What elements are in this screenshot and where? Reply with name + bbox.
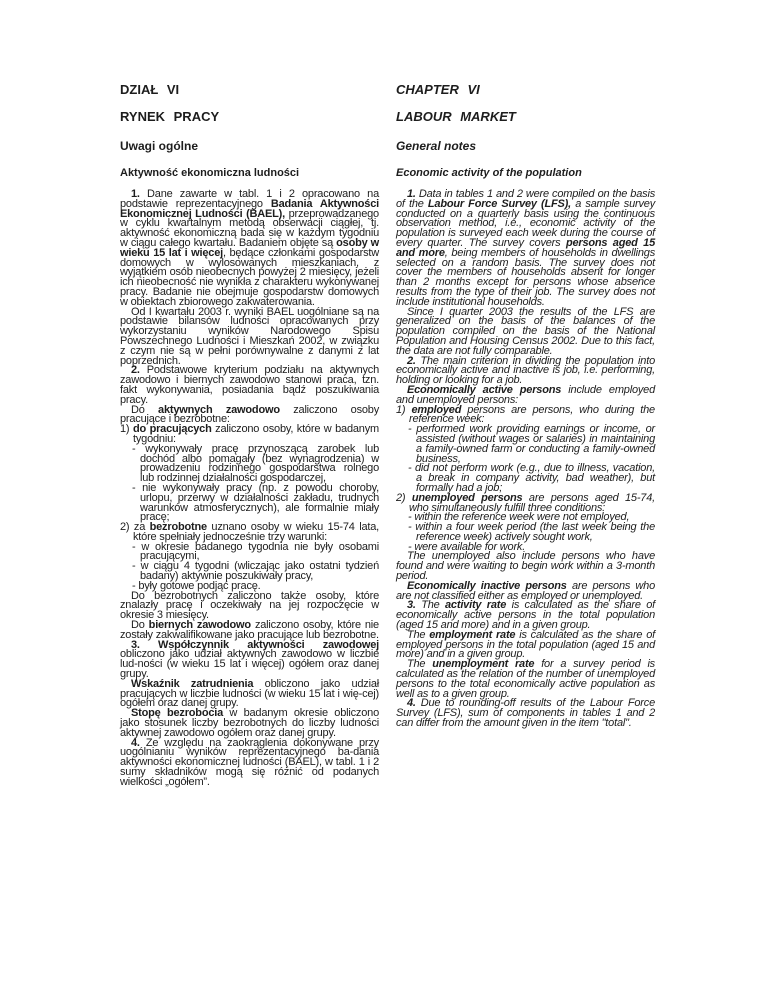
text-segment: w okresie badanego tygodnia nie były oso…	[140, 541, 379, 563]
paragraph: The unemployed also include persons who …	[396, 552, 655, 581]
chapter-number-pl: DZIAŁ VI	[120, 84, 379, 96]
section-heading-pl: Aktywność ekonomiczna ludności	[120, 168, 379, 179]
document-page: DZIAŁ VI RYNEK PRACY Uwagi ogólne Aktywn…	[0, 0, 768, 994]
paragraph: Wskaźnik zatrudnienia obliczono jako udz…	[120, 680, 379, 709]
right-column-english: CHAPTER VI LABOUR MARKET General notes E…	[396, 84, 655, 788]
text-segment: performed work providing earnings or inc…	[416, 423, 655, 464]
list-marker: -	[408, 423, 416, 435]
paragraph: 3. Współczynnik aktywności zawodowej obl…	[120, 641, 379, 680]
text-segment: within a four week period (the last week…	[415, 521, 655, 543]
dash-list-item: - wykonywały pracę przynoszącą zarobek l…	[132, 445, 379, 484]
text-segment: The main criterion in dividing the popul…	[396, 355, 655, 387]
text-segment: nie wykonywały pracy (np. z powodu choro…	[140, 482, 379, 523]
text-segment: Since I quarter 2003 the results of the …	[396, 306, 655, 357]
text-segment: Podstawowe kryterium podziału na aktywny…	[120, 364, 379, 405]
text-segment: did not perform work (e.g., due to illne…	[415, 462, 655, 494]
text-segment: Ze względu na zaokrąglenia dokonywane pr…	[120, 737, 379, 788]
paragraph: The employment rate is calculated as the…	[396, 631, 655, 660]
dash-list-item: - performed work providing earnings or i…	[408, 425, 655, 464]
text-segment: , będące członkami gospodarstw domowych …	[120, 247, 379, 308]
list-marker: 2)	[120, 521, 134, 533]
paragraph: 1. Data in tables 1 and 2 were compiled …	[396, 190, 655, 308]
text-segment: w ciągu 4 tygodni (wliczając jako ostatn…	[140, 560, 379, 582]
left-column-polish: DZIAŁ VI RYNEK PRACY Uwagi ogólne Aktywn…	[120, 84, 379, 788]
general-notes-heading-pl: Uwagi ogólne	[120, 140, 379, 152]
paragraph: Since I quarter 2003 the results of the …	[396, 308, 655, 357]
column-body-pl: 1. Dane zawarte w tabl. 1 i 2 opracowano…	[120, 190, 379, 788]
section-heading-en: Economic activity of the population	[396, 168, 655, 179]
text-segment: Od I kwartału 2003 r. wyniki BAEL uogóln…	[120, 306, 379, 367]
paragraph: Do bezrobotnych zaliczono także osoby, k…	[120, 592, 379, 621]
chapter-number-en: CHAPTER VI	[396, 84, 655, 96]
text-segment: Due to rounding-off results of the Labou…	[396, 697, 655, 729]
column-body-en: 1. Data in tables 1 and 2 were compiled …	[396, 190, 655, 729]
dash-list-item: - did not perform work (e.g., due to ill…	[408, 464, 655, 493]
paragraph: 1. Dane zawarte w tabl. 1 i 2 opracowano…	[120, 190, 379, 308]
chapter-title-en: LABOUR MARKET	[396, 111, 655, 123]
text-segment: Do bezrobotnych zaliczono także osoby, k…	[120, 590, 379, 622]
list-marker: -	[408, 462, 415, 474]
dash-list-item: - nie wykonywały pracy (np. z powodu cho…	[132, 484, 379, 523]
text-segment: The unemployed also include persons who …	[396, 550, 655, 582]
chapter-title-pl: RYNEK PRACY	[120, 111, 379, 123]
paragraph: Od I kwartału 2003 r. wyniki BAEL uogóln…	[120, 308, 379, 367]
text-segment: , being members of households in dwellin…	[396, 247, 655, 308]
paragraph: 2. The main criterion in dividing the po…	[396, 357, 655, 386]
paragraph: 4. Due to rounding-off results of the La…	[396, 699, 655, 728]
paragraph: 2. Podstawowe kryterium podziału na akty…	[120, 366, 379, 405]
text-segment: obliczono jako udział aktywnych zawodowo…	[120, 648, 379, 680]
paragraph: The unemployment rate for a survey perio…	[396, 660, 655, 699]
paragraph: Stopę bezrobocia w badanym okresie oblic…	[120, 709, 379, 738]
list-marker: 1)	[120, 423, 133, 435]
two-column-layout: DZIAŁ VI RYNEK PRACY Uwagi ogólne Aktywn…	[120, 84, 655, 788]
text-segment: wykonywały pracę przynoszącą zarobek lub…	[140, 443, 379, 484]
paragraph: 4. Ze względu na zaokrąglenia dokonywane…	[120, 739, 379, 788]
paragraph: 3. The activity rate is calculated as th…	[396, 601, 655, 630]
general-notes-heading-en: General notes	[396, 140, 655, 152]
